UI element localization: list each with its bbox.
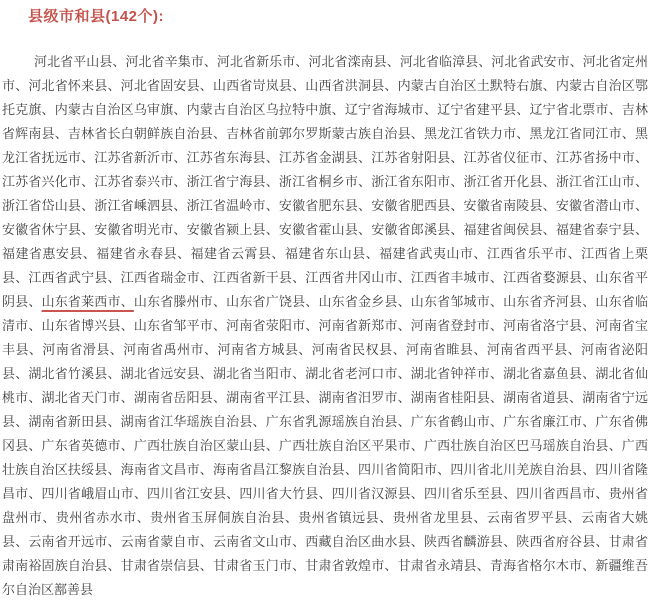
highlighted-county-laixi: 山东省莱西市、	[42, 294, 134, 309]
county-list-paragraph: 河北省平山县、河北省辛集市、河北省新乐市、河北省滦南县、河北省临漳县、河北省武安…	[2, 50, 648, 600]
county-list-segment-after: 山东省滕州市、山东省广饶县、山东省金乡县、山东省邹城市、山东省齐河县、山东省临清…	[2, 294, 648, 597]
article-page: 县级市和县(142个): 河北省平山县、河北省辛集市、河北省新乐市、河北省滦南县…	[0, 0, 650, 600]
section-heading: 县级市和县(142个):	[28, 8, 648, 26]
county-list-segment-before: 河北省平山县、河北省辛集市、河北省新乐市、河北省滦南县、河北省临漳县、河北省武安…	[2, 54, 648, 309]
